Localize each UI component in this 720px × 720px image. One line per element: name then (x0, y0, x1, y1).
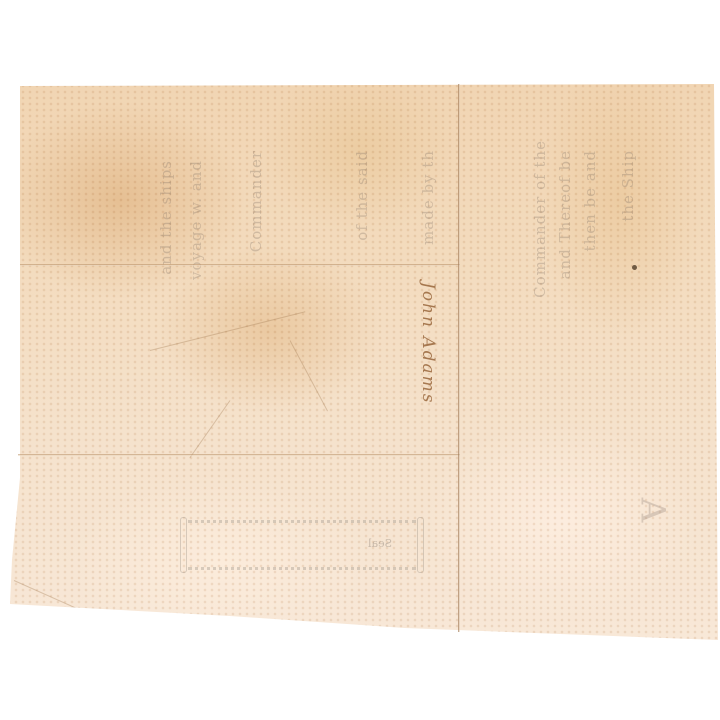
large-initial: A (632, 498, 672, 523)
bleed-text-column: voyage w. and (186, 160, 206, 280)
seal-caption: Seal (368, 537, 392, 550)
seal-border-cap (180, 517, 187, 573)
seal-border-cap (417, 517, 424, 573)
horizontal-fold (18, 454, 460, 456)
document-photo: and the ships voyage w. and Commander of… (0, 0, 720, 720)
bleed-text-column: made by th (418, 150, 438, 245)
bleed-text-column: and the ships (156, 160, 176, 275)
bleed-text-column: Commander (246, 150, 266, 252)
parchment-sheet: and the ships voyage w. and Commander of… (0, 0, 720, 720)
bleed-text-column: and Thereof be (555, 150, 575, 279)
horizontal-fold (20, 264, 460, 266)
seal-border: Seal (188, 520, 416, 570)
bleed-text-column: the Ship (618, 150, 638, 222)
vertical-fold (458, 84, 460, 632)
handwritten-signature: John Adams (404, 282, 438, 412)
bleed-text-column: of the said (352, 150, 372, 241)
ink-spot (632, 265, 637, 270)
parchment-texture (0, 0, 720, 720)
bleed-text-column: Commander of the (530, 140, 550, 298)
bleed-text-column: then be and (580, 150, 600, 251)
